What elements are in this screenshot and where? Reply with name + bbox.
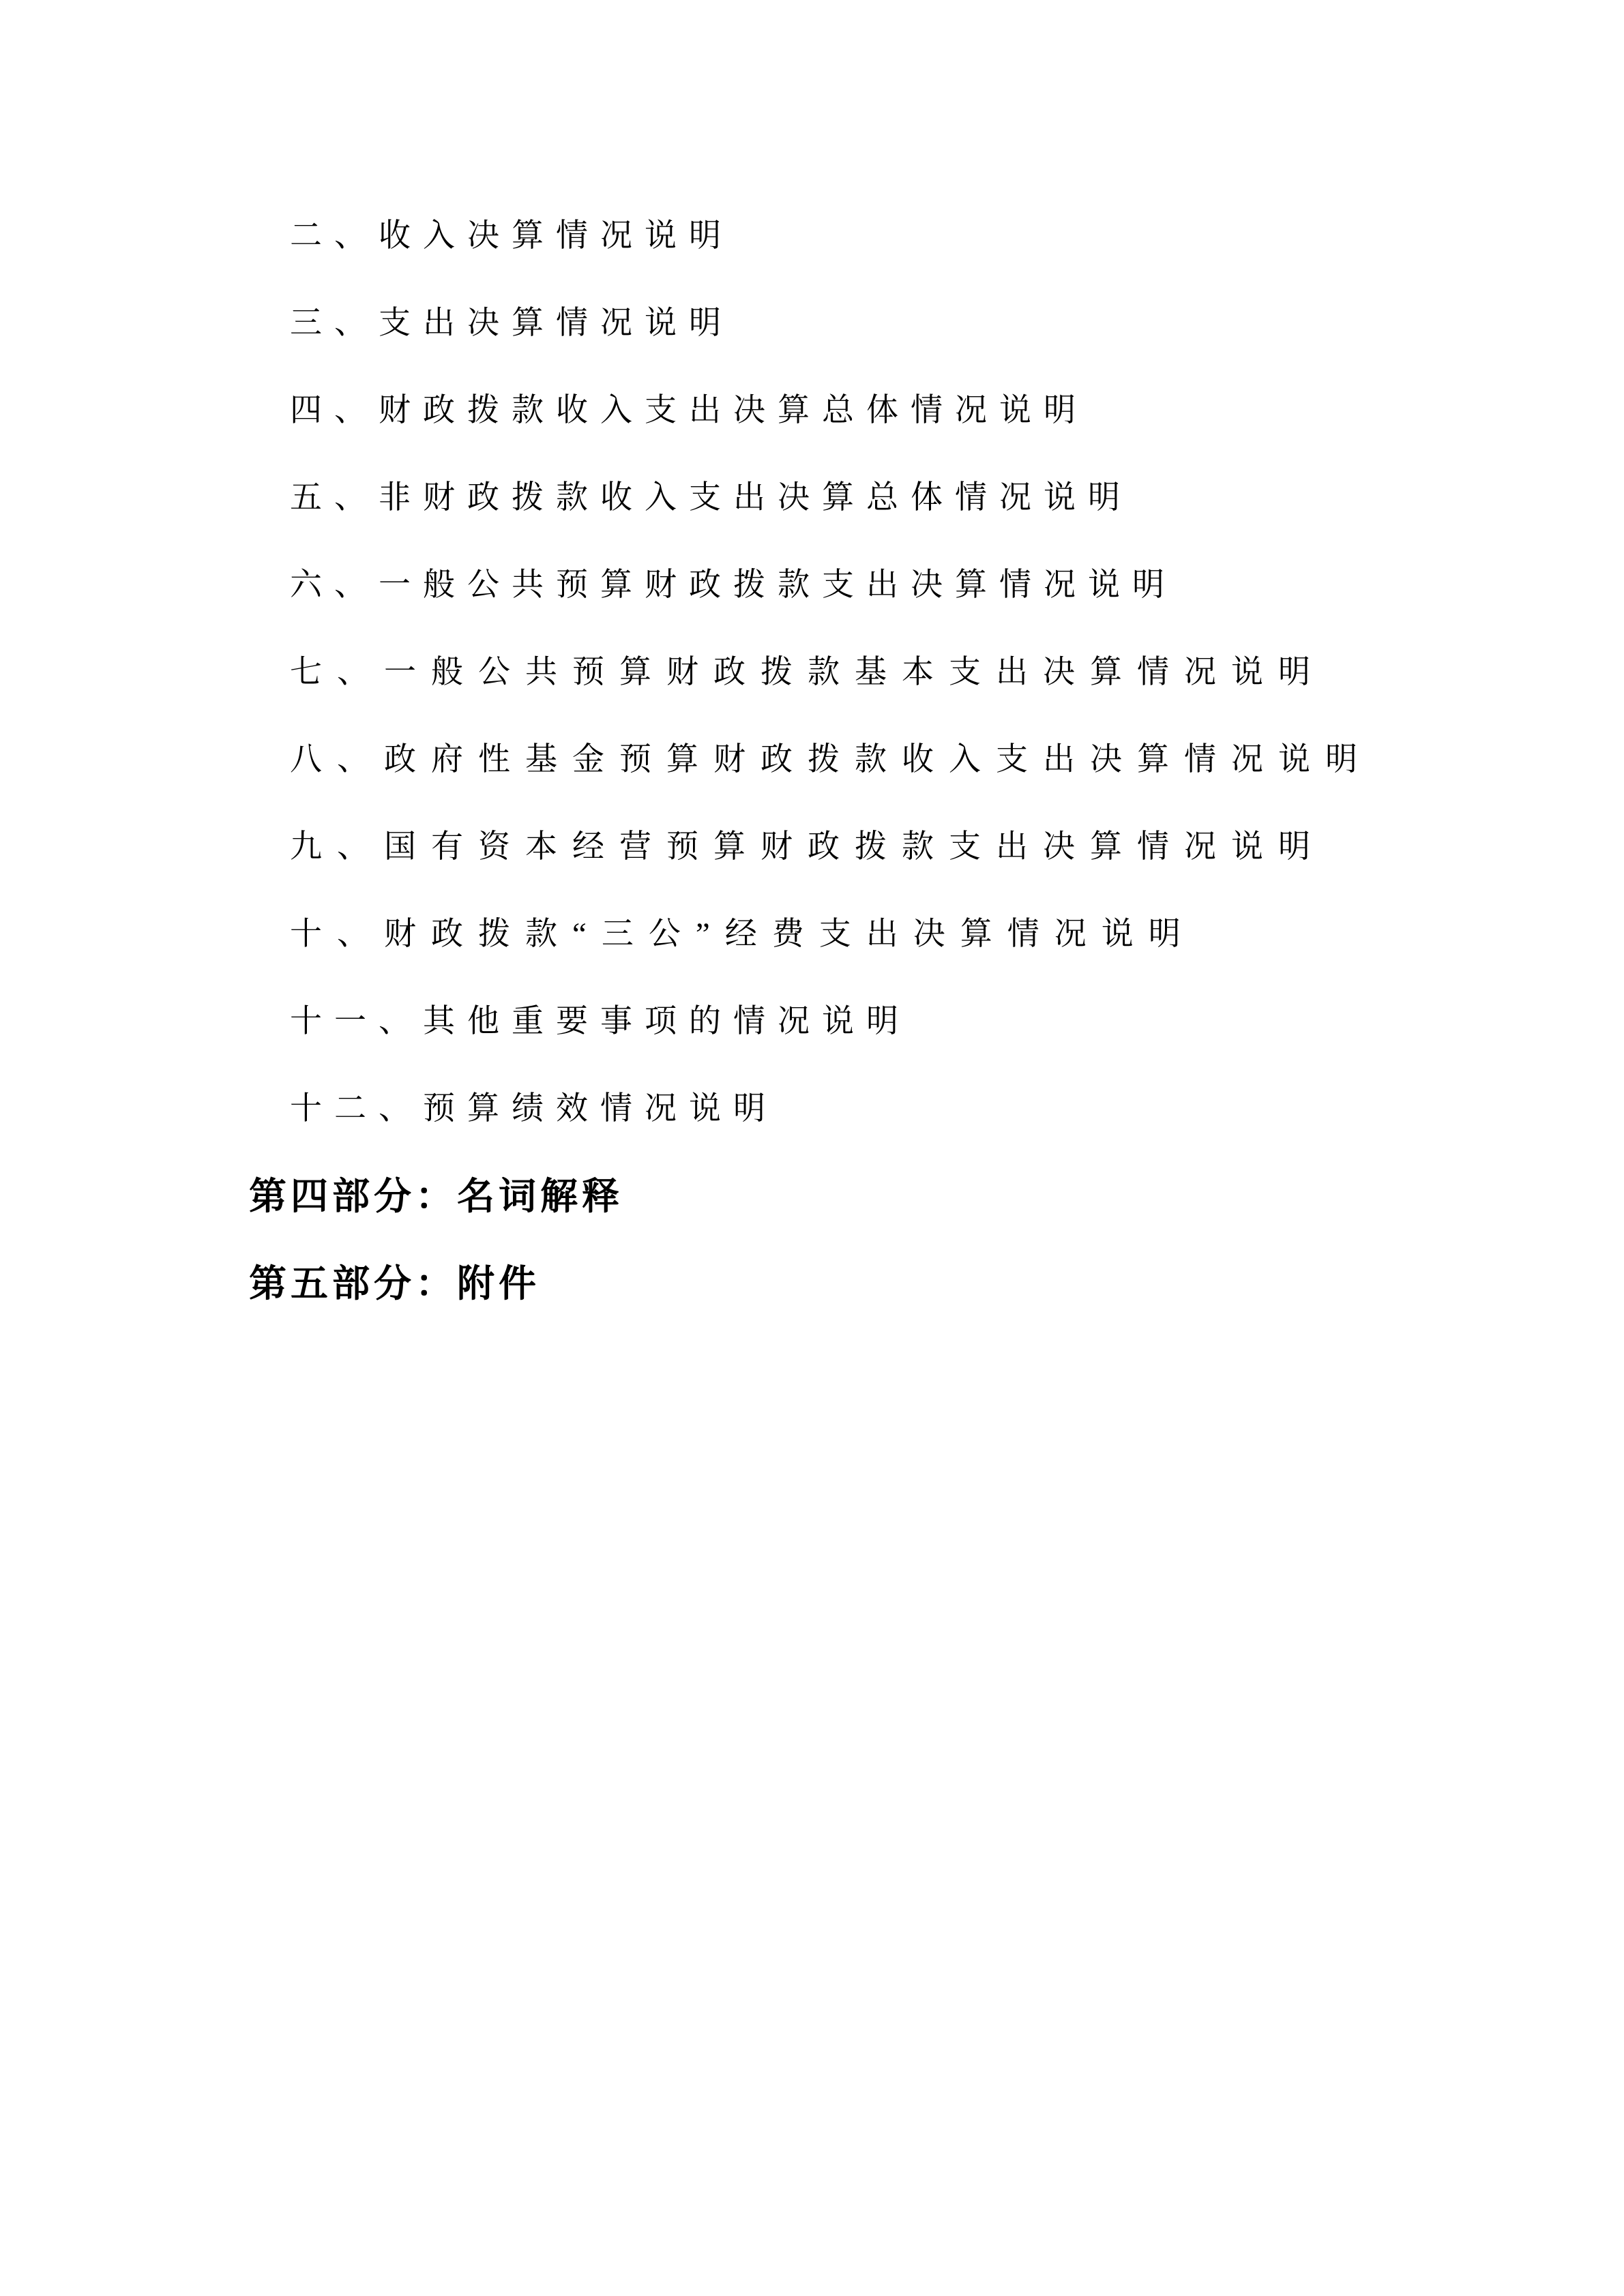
toc-item: 十一、其他重要事项的情况说明 [290,978,1624,1065]
toc-item: 九、国有资本经营预算财政拨款支出决算情况说明 [290,803,1624,891]
toc-item: 八、政府性基金预算财政拨款收入支出决算情况说明 [290,716,1624,803]
toc-item: 二、收入决算情况说明 [290,192,1624,280]
table-of-contents: 二、收入决算情况说明 三、支出决算情况说明 四、财政拨款收入支出决算总体情况说明… [0,0,1624,1327]
toc-item: 十、财政拨款“三公”经费支出决算情况说明 [290,891,1624,978]
toc-item: 十二、预算绩效情况说明 [290,1065,1624,1152]
part-heading-5: 第五部分：附件 [249,1240,1624,1327]
toc-item: 六、一般公共预算财政拨款支出决算情况说明 [290,541,1624,629]
toc-item: 四、财政拨款收入支出决算总体情况说明 [290,367,1624,454]
document-page: 二、收入决算情况说明 三、支出决算情况说明 四、财政拨款收入支出决算总体情况说明… [0,0,1624,2296]
toc-item: 五、非财政拨款收入支出决算总体情况说明 [290,454,1624,541]
part-heading-4: 第四部分：名词解释 [249,1152,1624,1240]
toc-item: 三、支出决算情况说明 [290,280,1624,367]
toc-item: 七、一般公共预算财政拨款基本支出决算情况说明 [290,629,1624,716]
